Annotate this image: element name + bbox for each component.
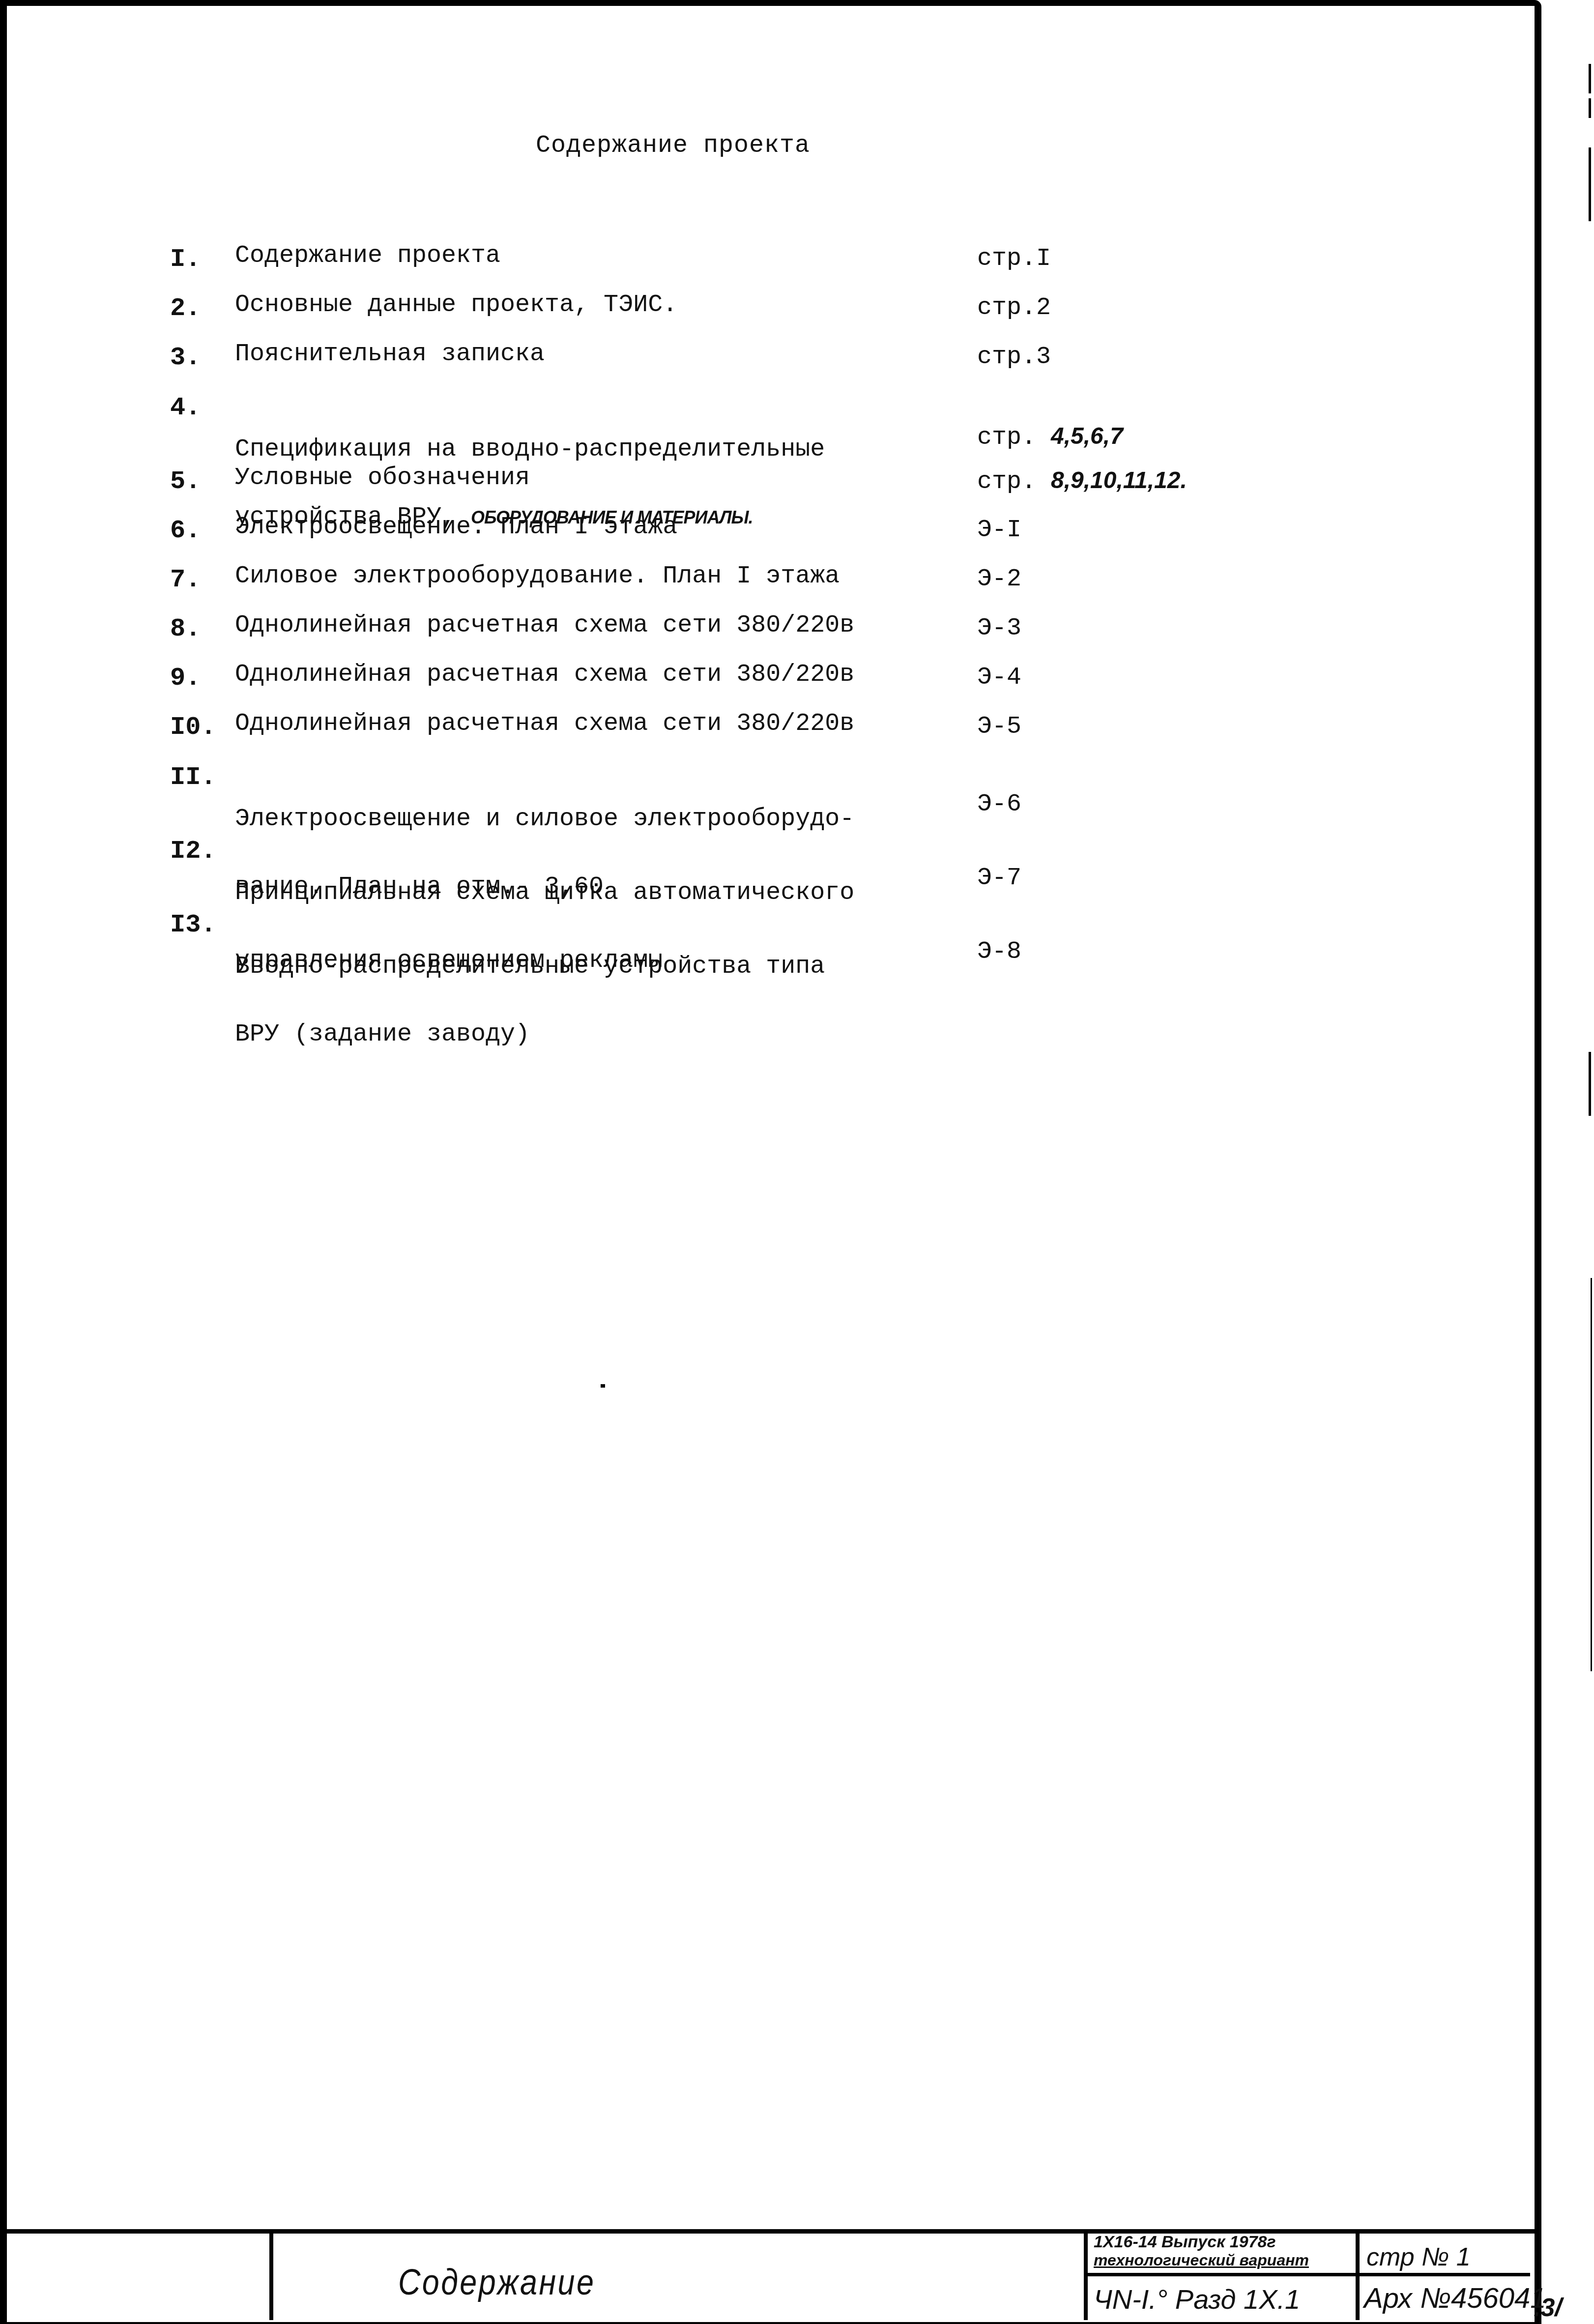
toc-number: 6.	[170, 516, 201, 545]
toc-page-ref: стр. 4,5,6,7	[977, 423, 1123, 452]
toc-page-ref: стр.2	[977, 294, 1051, 322]
toc-number: 7.	[170, 565, 201, 594]
toc-number: I2.	[170, 837, 216, 866]
toc-page-ref: Э-4	[977, 664, 1021, 692]
title-block-series: 1Х16-14 Выпуск 1978г	[1094, 2233, 1276, 2252]
toc-title: Однолинейная расчетная схема сети 380/22…	[235, 713, 854, 735]
toc-title-line: Спецификация на вводно-распределительные	[235, 438, 825, 461]
toc-page-ref: Э-2	[977, 565, 1021, 593]
toc-title-line: Электроосвещение и силовое электрооборуд…	[235, 808, 854, 831]
title-block-variant: технологический вариант	[1094, 2251, 1309, 2269]
handwritten-page-numbers: 8,9,10,11,12.	[1051, 467, 1187, 494]
toc-page-ref-prefix: стр.	[977, 424, 1036, 452]
toc-number: II.	[170, 763, 216, 792]
toc-number: 2.	[170, 294, 201, 323]
title-block-top-rule	[0, 2229, 1535, 2234]
scan-edge-mark	[1589, 98, 1591, 118]
toc-page-ref: стр.I	[977, 245, 1051, 273]
toc-number: I3.	[170, 910, 216, 939]
toc-number: 3.	[170, 343, 201, 372]
ink-speck	[601, 1384, 605, 1388]
toc-page-ref: стр. 8,9,10,11,12.	[977, 467, 1187, 496]
scan-edge-mark	[1591, 1278, 1592, 1671]
toc-title: Условные обозначения	[235, 467, 530, 490]
toc-page-ref: Э-5	[977, 713, 1021, 741]
scan-edge-mark	[1589, 147, 1591, 221]
toc-number: 9.	[170, 664, 201, 693]
edge-handwritten-mark: .3/	[1534, 2293, 1562, 2323]
toc-page-ref: Э-I	[977, 516, 1021, 544]
toc-title: Силовое электрооборудование. План I этаж…	[235, 565, 840, 588]
title-block-row-divider	[1085, 2273, 1530, 2276]
toc-number: 5.	[170, 467, 201, 496]
toc-title-line: Вводно-распределительные устройства типа	[235, 956, 825, 978]
toc-number: 8.	[170, 614, 201, 643]
toc-page-ref: Э-7	[977, 864, 1021, 892]
toc-page-ref: Э-3	[977, 614, 1021, 642]
toc-page-ref: Э-6	[977, 790, 1021, 818]
title-block-divider	[269, 2232, 273, 2320]
toc-number: I0.	[170, 713, 216, 742]
scan-edge-mark	[1589, 64, 1591, 93]
toc-title: Вводно-распределительные устройства типа…	[235, 910, 825, 1091]
toc-title-line: ВРУ (задание заводу)	[235, 1023, 825, 1046]
scan-edge-mark	[1589, 1052, 1591, 1116]
toc-page-ref-prefix: стр.	[977, 468, 1036, 496]
toc-number: I.	[170, 245, 201, 274]
toc-title-line: Принципиальная схема щитка автоматическо…	[235, 882, 854, 904]
toc-title: Электроосвещение. План I этажа	[235, 516, 677, 539]
handwritten-page-numbers: 4,5,6,7	[1051, 423, 1123, 449]
toc-title: Содержание проекта	[235, 245, 500, 267]
toc-number: 4.	[170, 393, 201, 422]
toc-page-ref: Э-8	[977, 938, 1021, 966]
toc-title: Однолинейная расчетная схема сети 380/22…	[235, 664, 854, 686]
title-block-section: ЧN-I.° Разд 1Х.1	[1094, 2283, 1300, 2315]
toc-page-ref: стр.3	[977, 343, 1051, 371]
title-block-sheet-number: стр № 1	[1366, 2242, 1471, 2272]
toc-title: Пояснительная записка	[235, 343, 545, 366]
toc-title: Однолинейная расчетная схема сети 380/22…	[235, 614, 854, 637]
title-block-sheet-name: Содержание	[398, 2261, 595, 2303]
title-block-archive-number: Арх №456041	[1364, 2282, 1546, 2315]
toc-title: Основные данные проекта, ТЭИС.	[235, 294, 677, 317]
table-of-contents: I. Содержание проекта стр.I 2. Основные …	[0, 0, 1524, 983]
